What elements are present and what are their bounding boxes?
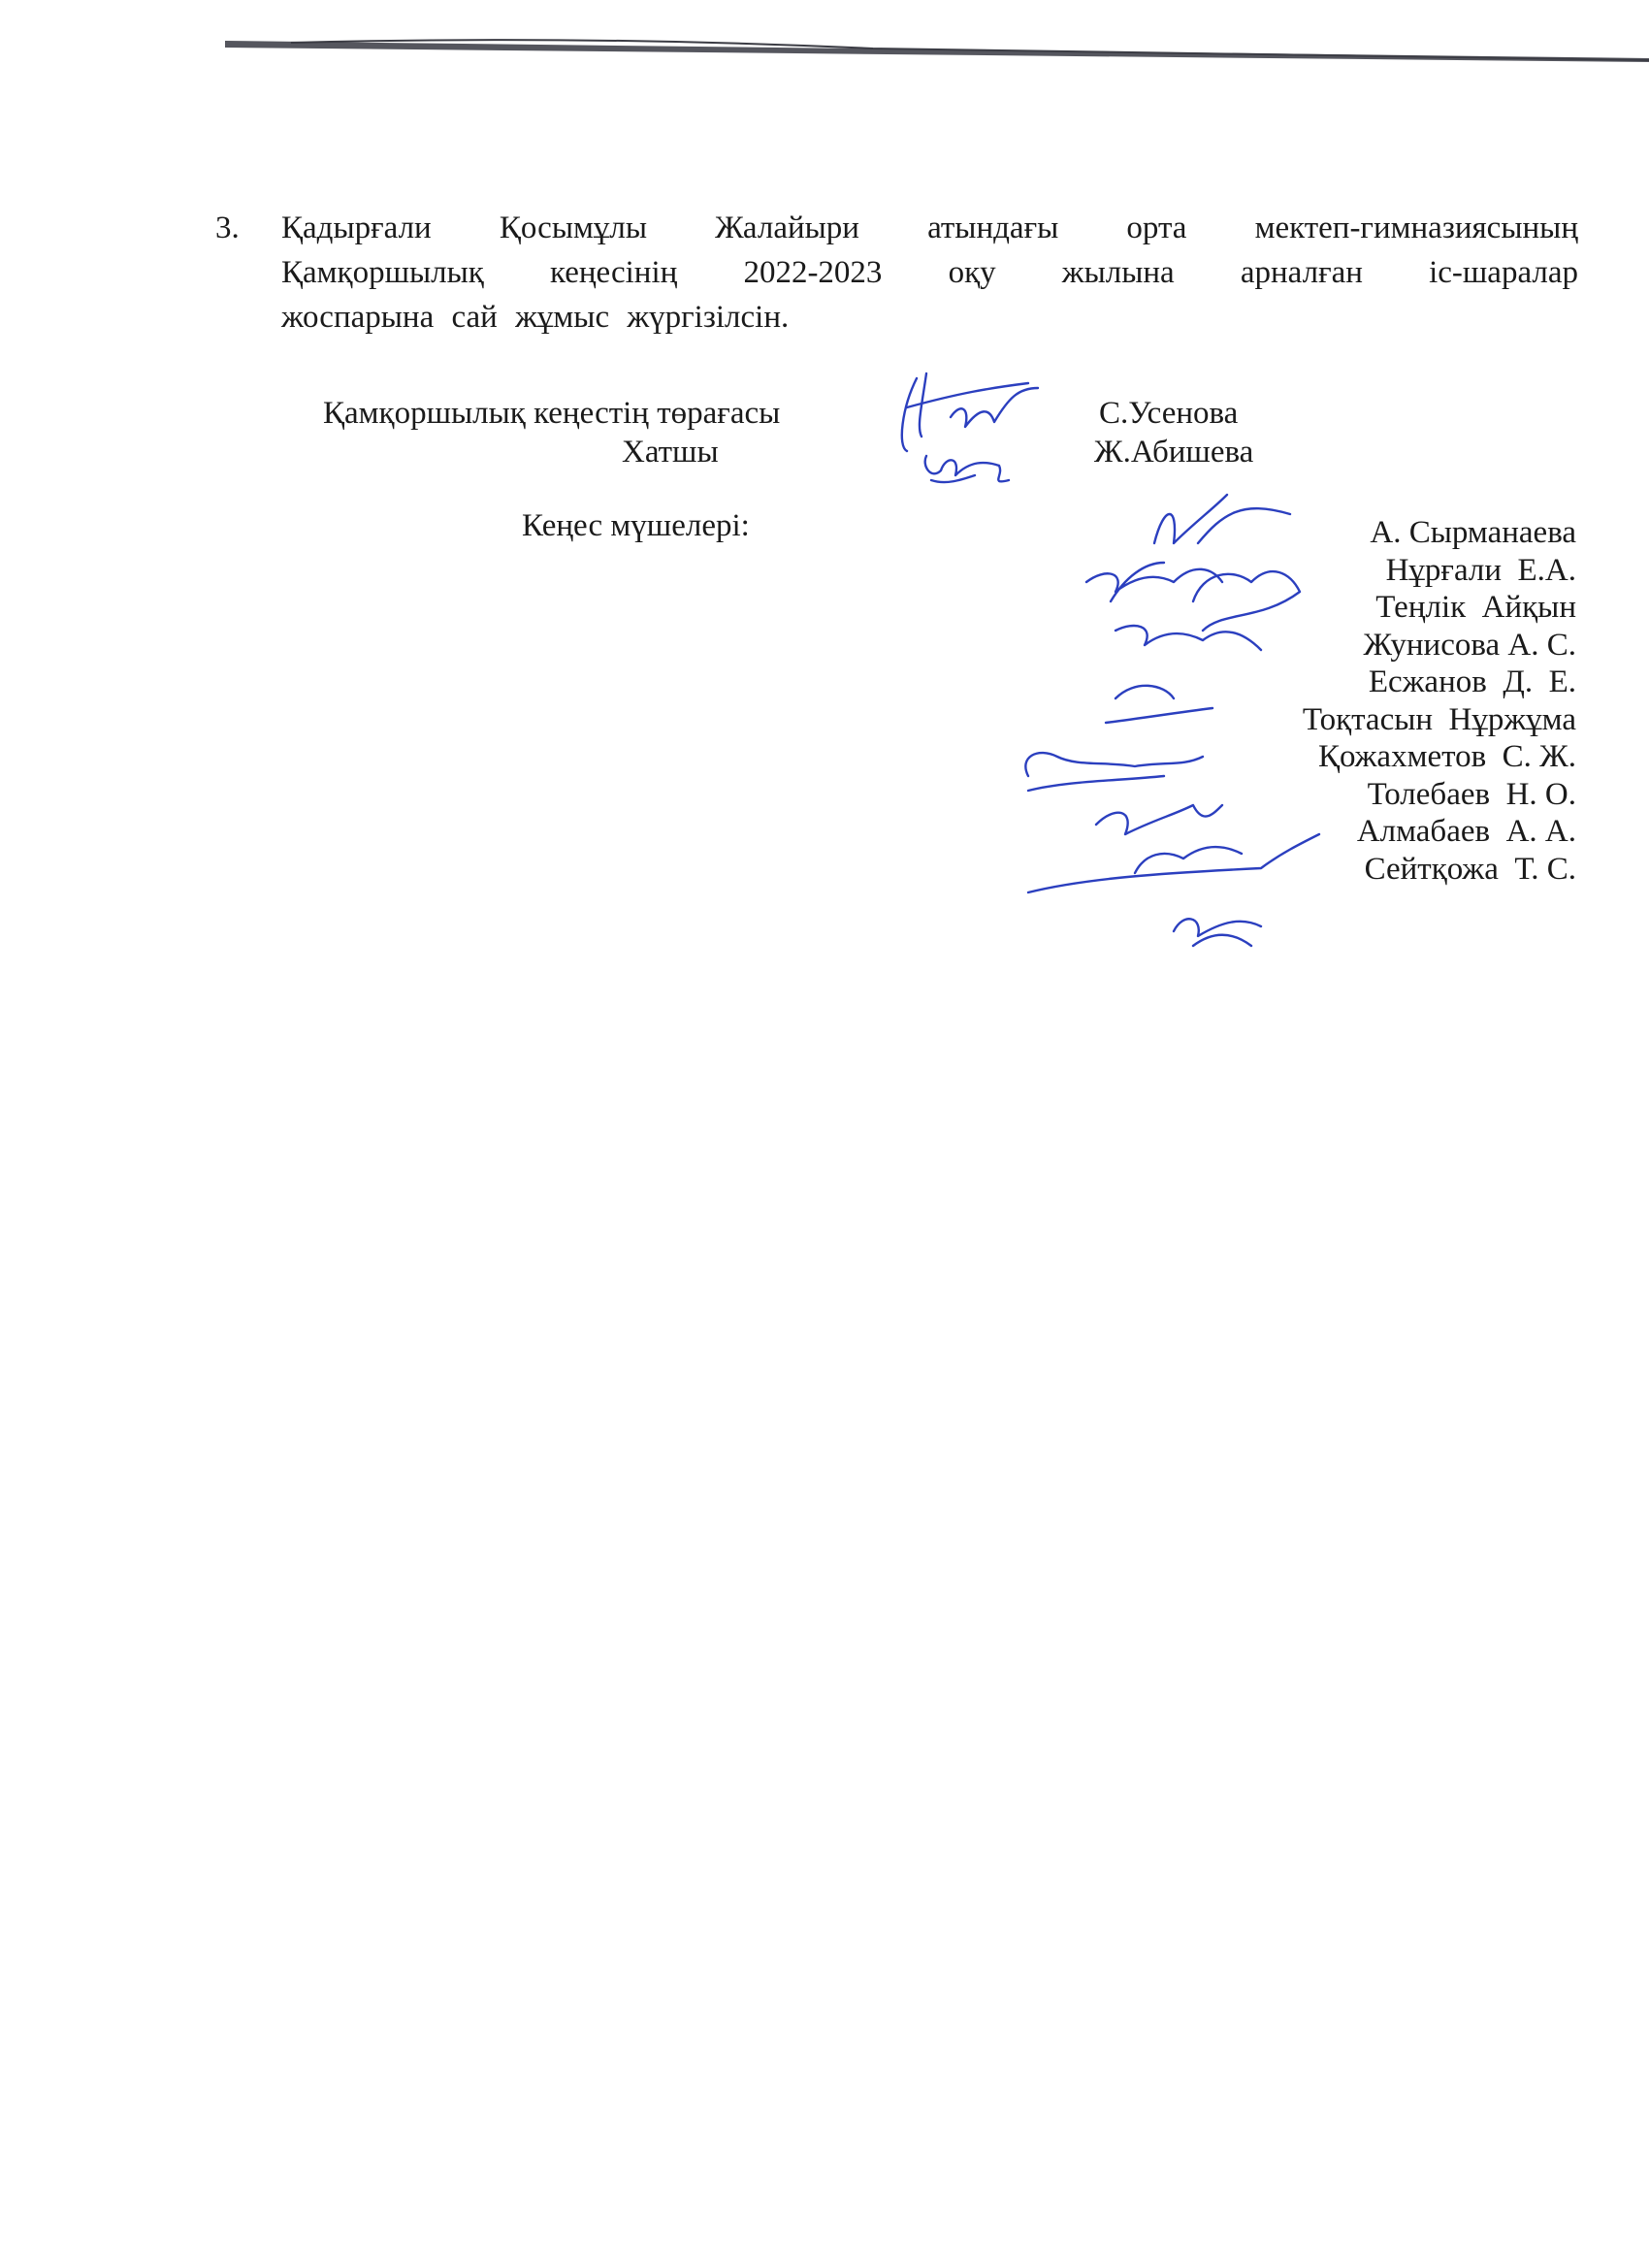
member-name: Нұрғали Е.А. <box>1303 552 1576 590</box>
member-name: Жунисова А. С. <box>1303 627 1576 664</box>
member-name: Алмабаев А. А. <box>1303 813 1576 851</box>
item-line: Қамқоршылық кеңесінің 2022-2023 оқу жылы… <box>281 250 1578 295</box>
member-name: Сейтқожа Т. С. <box>1303 851 1576 889</box>
members-title: Кеңес мүшелері: <box>522 506 750 545</box>
signature-chair <box>902 373 1038 451</box>
item-text: Қадырғали Қосымұлы Жалайыри атындағы орт… <box>281 206 1578 340</box>
member-name: Есжанов Д. Е. <box>1303 664 1576 701</box>
chair-title: Қамқоршылық кеңестің төрағасы <box>323 394 780 433</box>
chair-name: С.Усенова <box>1099 394 1238 433</box>
item-number: 3. <box>215 206 240 250</box>
signature-secretary <box>925 456 1009 482</box>
member-name: Толебаев Н. О. <box>1303 776 1576 814</box>
member-name: Тоқтасын Нұржұма <box>1303 701 1576 739</box>
secretary-name: Ж.Абишева <box>1094 433 1253 471</box>
member-name: А. Сырманаева <box>1303 514 1576 552</box>
item-line: Қадырғали Қосымұлы Жалайыри атындағы орт… <box>281 206 1578 250</box>
resolution-item: 3. Қадырғали Қосымұлы Жалайыри атындағы … <box>215 206 1578 340</box>
handwritten-signatures <box>0 0 1649 2268</box>
member-name: Қожахметов С. Ж. <box>1303 738 1576 776</box>
members-list: А. Сырманаева Нұрғали Е.А. Теңлік Айқын … <box>1303 514 1576 888</box>
secretary-title: Хатшы <box>622 433 719 471</box>
item-line: жоспарына сай жұмыс жүргізілсін. <box>281 295 1578 340</box>
scan-edge-line <box>0 0 1649 78</box>
member-name: Теңлік Айқын <box>1303 589 1576 627</box>
